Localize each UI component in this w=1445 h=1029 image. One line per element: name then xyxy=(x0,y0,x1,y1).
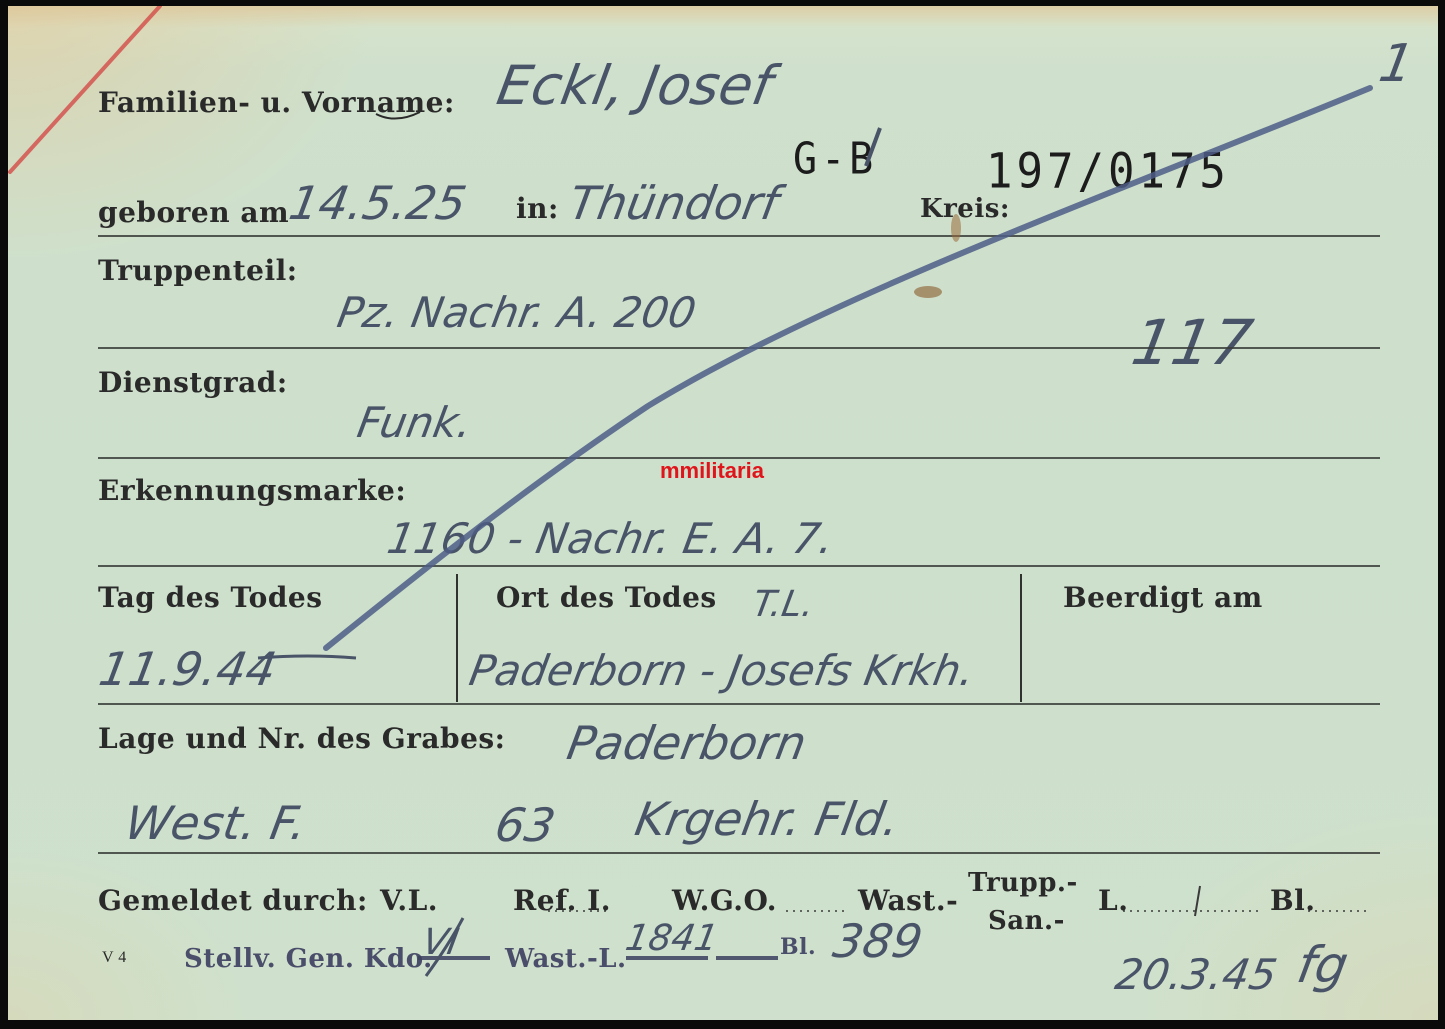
stamp-bl-value: 389 xyxy=(829,914,926,968)
reported-l: L. xyxy=(1098,884,1128,917)
divider xyxy=(98,347,1380,349)
form-code: V 4 xyxy=(102,949,127,967)
born-label: geboren am xyxy=(98,196,289,229)
born-place-label: in: xyxy=(516,192,559,225)
id-tag-value: 1160 - Nachr. E. A. 7. xyxy=(384,514,838,563)
typed-reference-prefix: G-B xyxy=(793,134,877,185)
column-divider xyxy=(456,574,458,702)
born-date-value: 14.5.25 xyxy=(285,176,470,230)
grave-location-line2: West. F. xyxy=(121,796,311,850)
id-tag-label: Erkennungsmarke: xyxy=(98,474,406,507)
death-place-value: Paderborn - Josefs Krkh. xyxy=(466,646,978,695)
column-divider xyxy=(1020,574,1022,702)
stamp-kommando-label: Stellv. Gen. Kdo. xyxy=(184,944,433,974)
reported-wast: Wast.- xyxy=(858,884,958,917)
death-date-value: 11.9.44 xyxy=(95,642,280,696)
stamp-wast-l-label: Wast.-L. xyxy=(505,944,627,974)
watermark: mmilitaria xyxy=(660,458,764,484)
grave-label: Lage und Nr. des Grabes: xyxy=(98,722,506,755)
name-value: Eckl, Josef xyxy=(492,54,777,117)
death-place-label: Ort des Todes xyxy=(496,581,717,614)
reported-trupp: Trupp.- xyxy=(968,868,1078,898)
district-label: Kreis: xyxy=(920,194,1010,224)
name-label: Familien- u. Vorname: xyxy=(98,86,455,119)
processed-initials: fg xyxy=(1293,936,1353,994)
death-place-note: T.L. xyxy=(749,584,817,625)
stamp-wast-l-value: 1841 xyxy=(622,918,721,959)
death-date-label: Tag des Todes xyxy=(98,581,322,614)
unit-label: Truppenteil: xyxy=(98,254,298,287)
unit-side-note: 117 xyxy=(1127,306,1258,379)
grave-location-line1: Paderborn xyxy=(563,716,810,770)
grave-site: Krgehr. Fld. xyxy=(631,792,903,846)
reported-vl: V.L. xyxy=(380,884,438,917)
reported-san: San.- xyxy=(988,906,1065,936)
reported-bl: Bl. xyxy=(1270,884,1316,917)
processed-date: 20.3.45 xyxy=(1112,950,1281,999)
reported-by-label: Gemeldet durch: xyxy=(98,884,368,917)
grave-number: 63 xyxy=(491,798,559,852)
grave-registration-card: 1 Familien- u. Vorname: Eckl, Josef G-B … xyxy=(8,6,1438,1020)
stamp-kommando-value: VI xyxy=(419,922,461,963)
reported-ref: Ref. I. xyxy=(513,884,611,917)
buried-label: Beerdigt am xyxy=(1063,581,1263,614)
card-sequence-number: 1 xyxy=(1375,34,1419,94)
reported-wgo: W.G.O. xyxy=(672,884,777,917)
divider xyxy=(98,565,1380,567)
rank-label: Dienstgrad: xyxy=(98,366,288,399)
divider xyxy=(98,852,1380,854)
stamp-bl-label: Bl. xyxy=(780,934,816,960)
unit-value: Pz. Nachr. A. 200 xyxy=(334,288,700,337)
divider xyxy=(98,235,1380,237)
born-place-value: Thündorf xyxy=(565,176,783,230)
rank-value: Funk. xyxy=(354,398,476,447)
divider xyxy=(98,703,1380,705)
typed-reference-number: 197/0175 xyxy=(986,143,1230,199)
